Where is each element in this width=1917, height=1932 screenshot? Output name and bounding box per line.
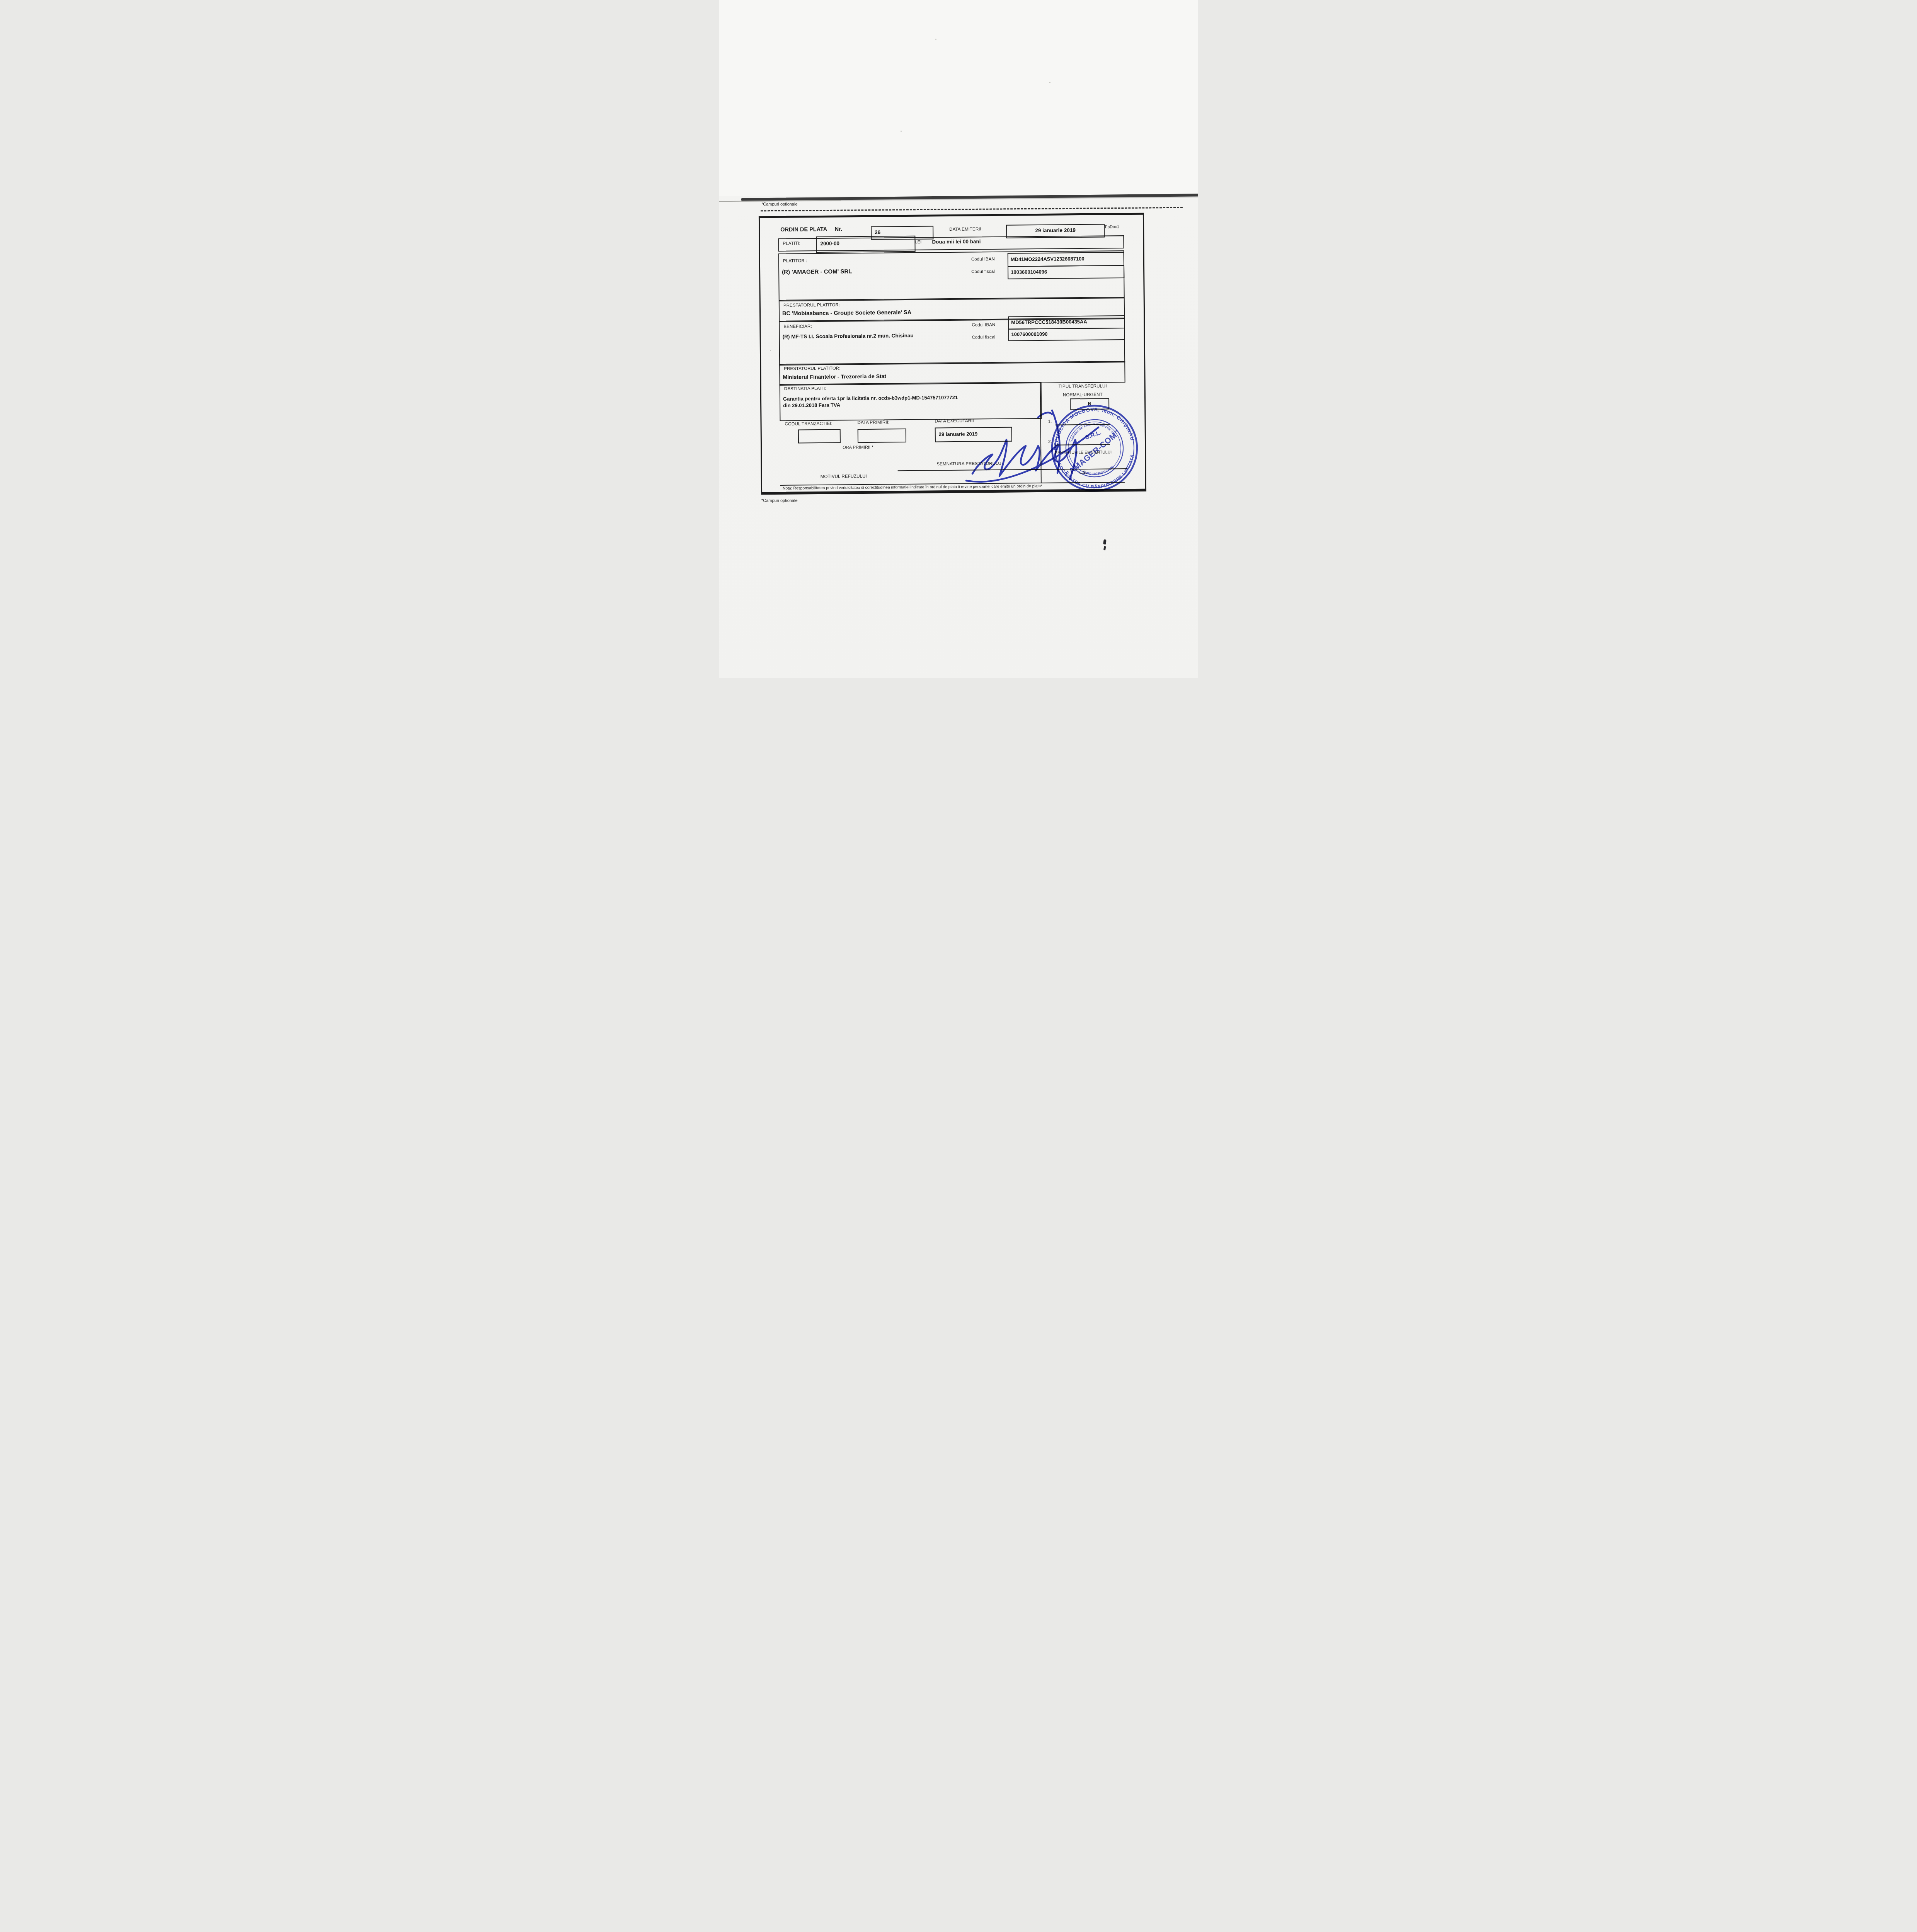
payer-iban-box: MD41MO2224ASV12326687100 bbox=[1008, 252, 1124, 267]
beneficiary-iban-label: Codul IBAN bbox=[972, 323, 995, 328]
receive-time-label: ORA PRIMIRII * bbox=[843, 445, 873, 450]
optional-fields-note-bottom: *Campuri optionale bbox=[761, 498, 798, 503]
stamp-idno-text: IDNO 1003600104096 bbox=[1082, 464, 1115, 477]
refusal-reason-label: MOTIVUL REFUZULUI bbox=[821, 474, 867, 479]
beneficiary-label: BENEFICIAR: bbox=[783, 324, 812, 329]
beneficiary-fiscal-value: 1007600001090 bbox=[1011, 331, 1048, 337]
transaction-code-box bbox=[798, 429, 841, 444]
payer-bank-label: PRESTATORUL PLATITOR: bbox=[783, 303, 840, 308]
scan-speck bbox=[935, 39, 936, 40]
receive-date-box bbox=[858, 429, 906, 443]
platiti-label: PLATITI: bbox=[783, 241, 800, 246]
order-number-value: 26 bbox=[875, 230, 880, 235]
destination-label: DESTINATIA PLATII: bbox=[784, 386, 826, 391]
transfer-mode-label: NORMAL-URGENT bbox=[1041, 392, 1125, 398]
destination-line2: din 29.01.2018 Fara TVA bbox=[783, 402, 840, 408]
beneficiary-bank-label: PRESTATORUL PLATITOR: bbox=[784, 366, 840, 371]
amount-value: 2000-00 bbox=[820, 241, 839, 247]
beneficiary-iban-box: MD56TRPCCC518430B00435AA bbox=[1008, 315, 1125, 330]
payer-iban-value: MD41MO2224ASV12326687100 bbox=[1011, 256, 1084, 262]
nr-label: Nr. bbox=[835, 226, 842, 232]
scan-edge-line bbox=[719, 200, 841, 202]
scan-speck bbox=[901, 131, 902, 132]
stamp-srl-text: S.R.L. bbox=[1084, 429, 1102, 441]
amount-in-words: Doua mii lei 00 bani bbox=[932, 238, 981, 245]
beneficiary-iban-value: MD56TRPCCC518430B00435AA bbox=[1011, 319, 1087, 325]
form-title: ORDIN DE PLATA bbox=[780, 226, 827, 233]
issue-date-value: 29 ianuarie 2019 bbox=[1007, 227, 1104, 234]
scanned-payment-order-page: *Campuri opţionale ORDIN DE PLATA Nr. 26… bbox=[719, 0, 1198, 678]
ink-blot-mark bbox=[1103, 539, 1107, 545]
scan-speck bbox=[1049, 82, 1050, 83]
payer-name: (R) 'AMAGER - COM' SRL bbox=[782, 268, 852, 276]
transfer-type-label: TIPUL TRANSFERULUI bbox=[1041, 384, 1125, 389]
stamp-text-group: REPUBLICA MOLDOVA, mun. CHIŞINĂU SOCIETA… bbox=[1048, 402, 1141, 495]
company-stamp: REPUBLICA MOLDOVA, mun. CHIŞINĂU SOCIETA… bbox=[1043, 396, 1146, 500]
form-title-row: ORDIN DE PLATA Nr. bbox=[780, 226, 842, 233]
payer-label: PLATITOR : bbox=[783, 259, 807, 264]
payer-fiscal-value: 1003600104096 bbox=[1011, 269, 1047, 275]
beneficiary-fiscal-box: 1007600001090 bbox=[1008, 328, 1125, 341]
amount-box: 2000-00 bbox=[816, 236, 915, 253]
payer-bank-name: BC 'Mobiasbanca - Groupe Societe General… bbox=[782, 310, 911, 317]
beneficiary-name: (R) MF-TS I.I. Scoala Profesionala nr.2 … bbox=[783, 333, 914, 340]
transaction-code-label: CODUL TRANZACTIEI: bbox=[785, 422, 833, 427]
tipdoc-label: TipDoc1 bbox=[1104, 224, 1119, 229]
issue-date-label: DATA EMITERII: bbox=[949, 227, 982, 232]
optional-fields-note-top: *Campuri opţionale bbox=[761, 202, 798, 207]
payer-iban-label: Codul IBAN bbox=[971, 257, 995, 262]
payer-fiscal-box: 1003600104096 bbox=[1008, 265, 1124, 279]
beneficiary-fiscal-label: Codul fiscal bbox=[972, 335, 996, 340]
svg-text:IDNO 1003600104096: IDNO 1003600104096 bbox=[1082, 464, 1115, 477]
receive-date-label: DATA PRIMIRII: bbox=[857, 420, 889, 425]
beneficiary-bank-name: Ministerul Finantelor - Trezoreria de St… bbox=[783, 373, 886, 380]
currency-label: LEI bbox=[915, 240, 921, 245]
payer-fiscal-label: Codul fiscal bbox=[971, 269, 995, 274]
dashed-separator bbox=[761, 207, 1183, 212]
scan-blank-top-region bbox=[719, 0, 1198, 196]
